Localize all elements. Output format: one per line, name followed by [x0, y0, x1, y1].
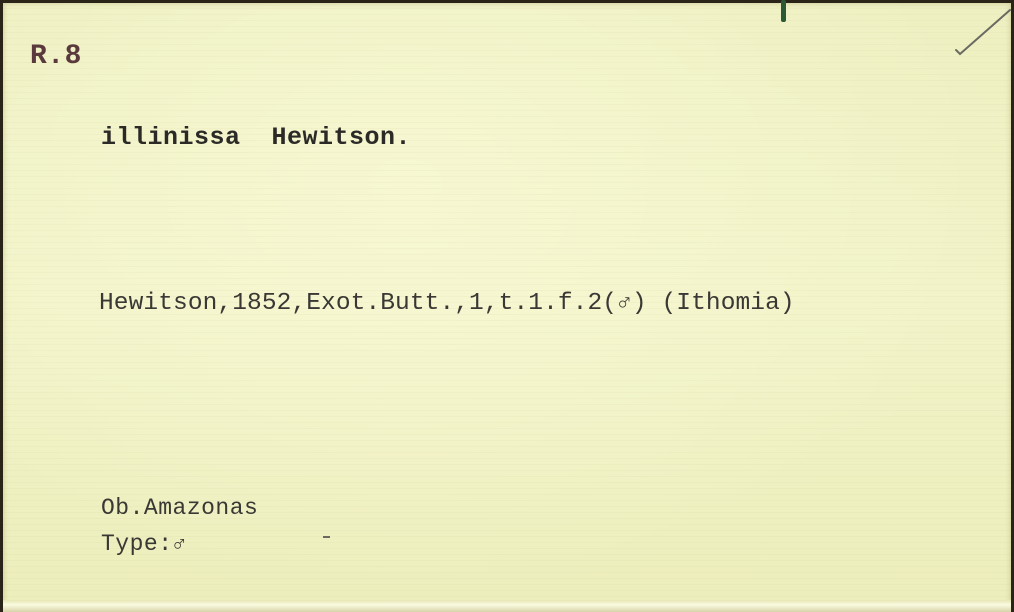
index-card: R.8 illinissa Hewitson. Hewitson,1852,Ex…	[3, 3, 1011, 606]
card-number: R.8	[30, 41, 82, 72]
type-specimen: Type:♂	[101, 531, 187, 557]
green-ink-mark	[781, 0, 786, 22]
pencil-dash	[323, 536, 330, 538]
locality: Ob.Amazonas	[101, 495, 258, 521]
card-bottom-edge	[3, 600, 1011, 612]
check-mark-icon	[950, 8, 1012, 60]
citation: Hewitson,1852,Exot.Butt.,1,t.1.f.2(♂) (I…	[99, 290, 795, 317]
species-name: illinissa Hewitson.	[101, 123, 411, 152]
